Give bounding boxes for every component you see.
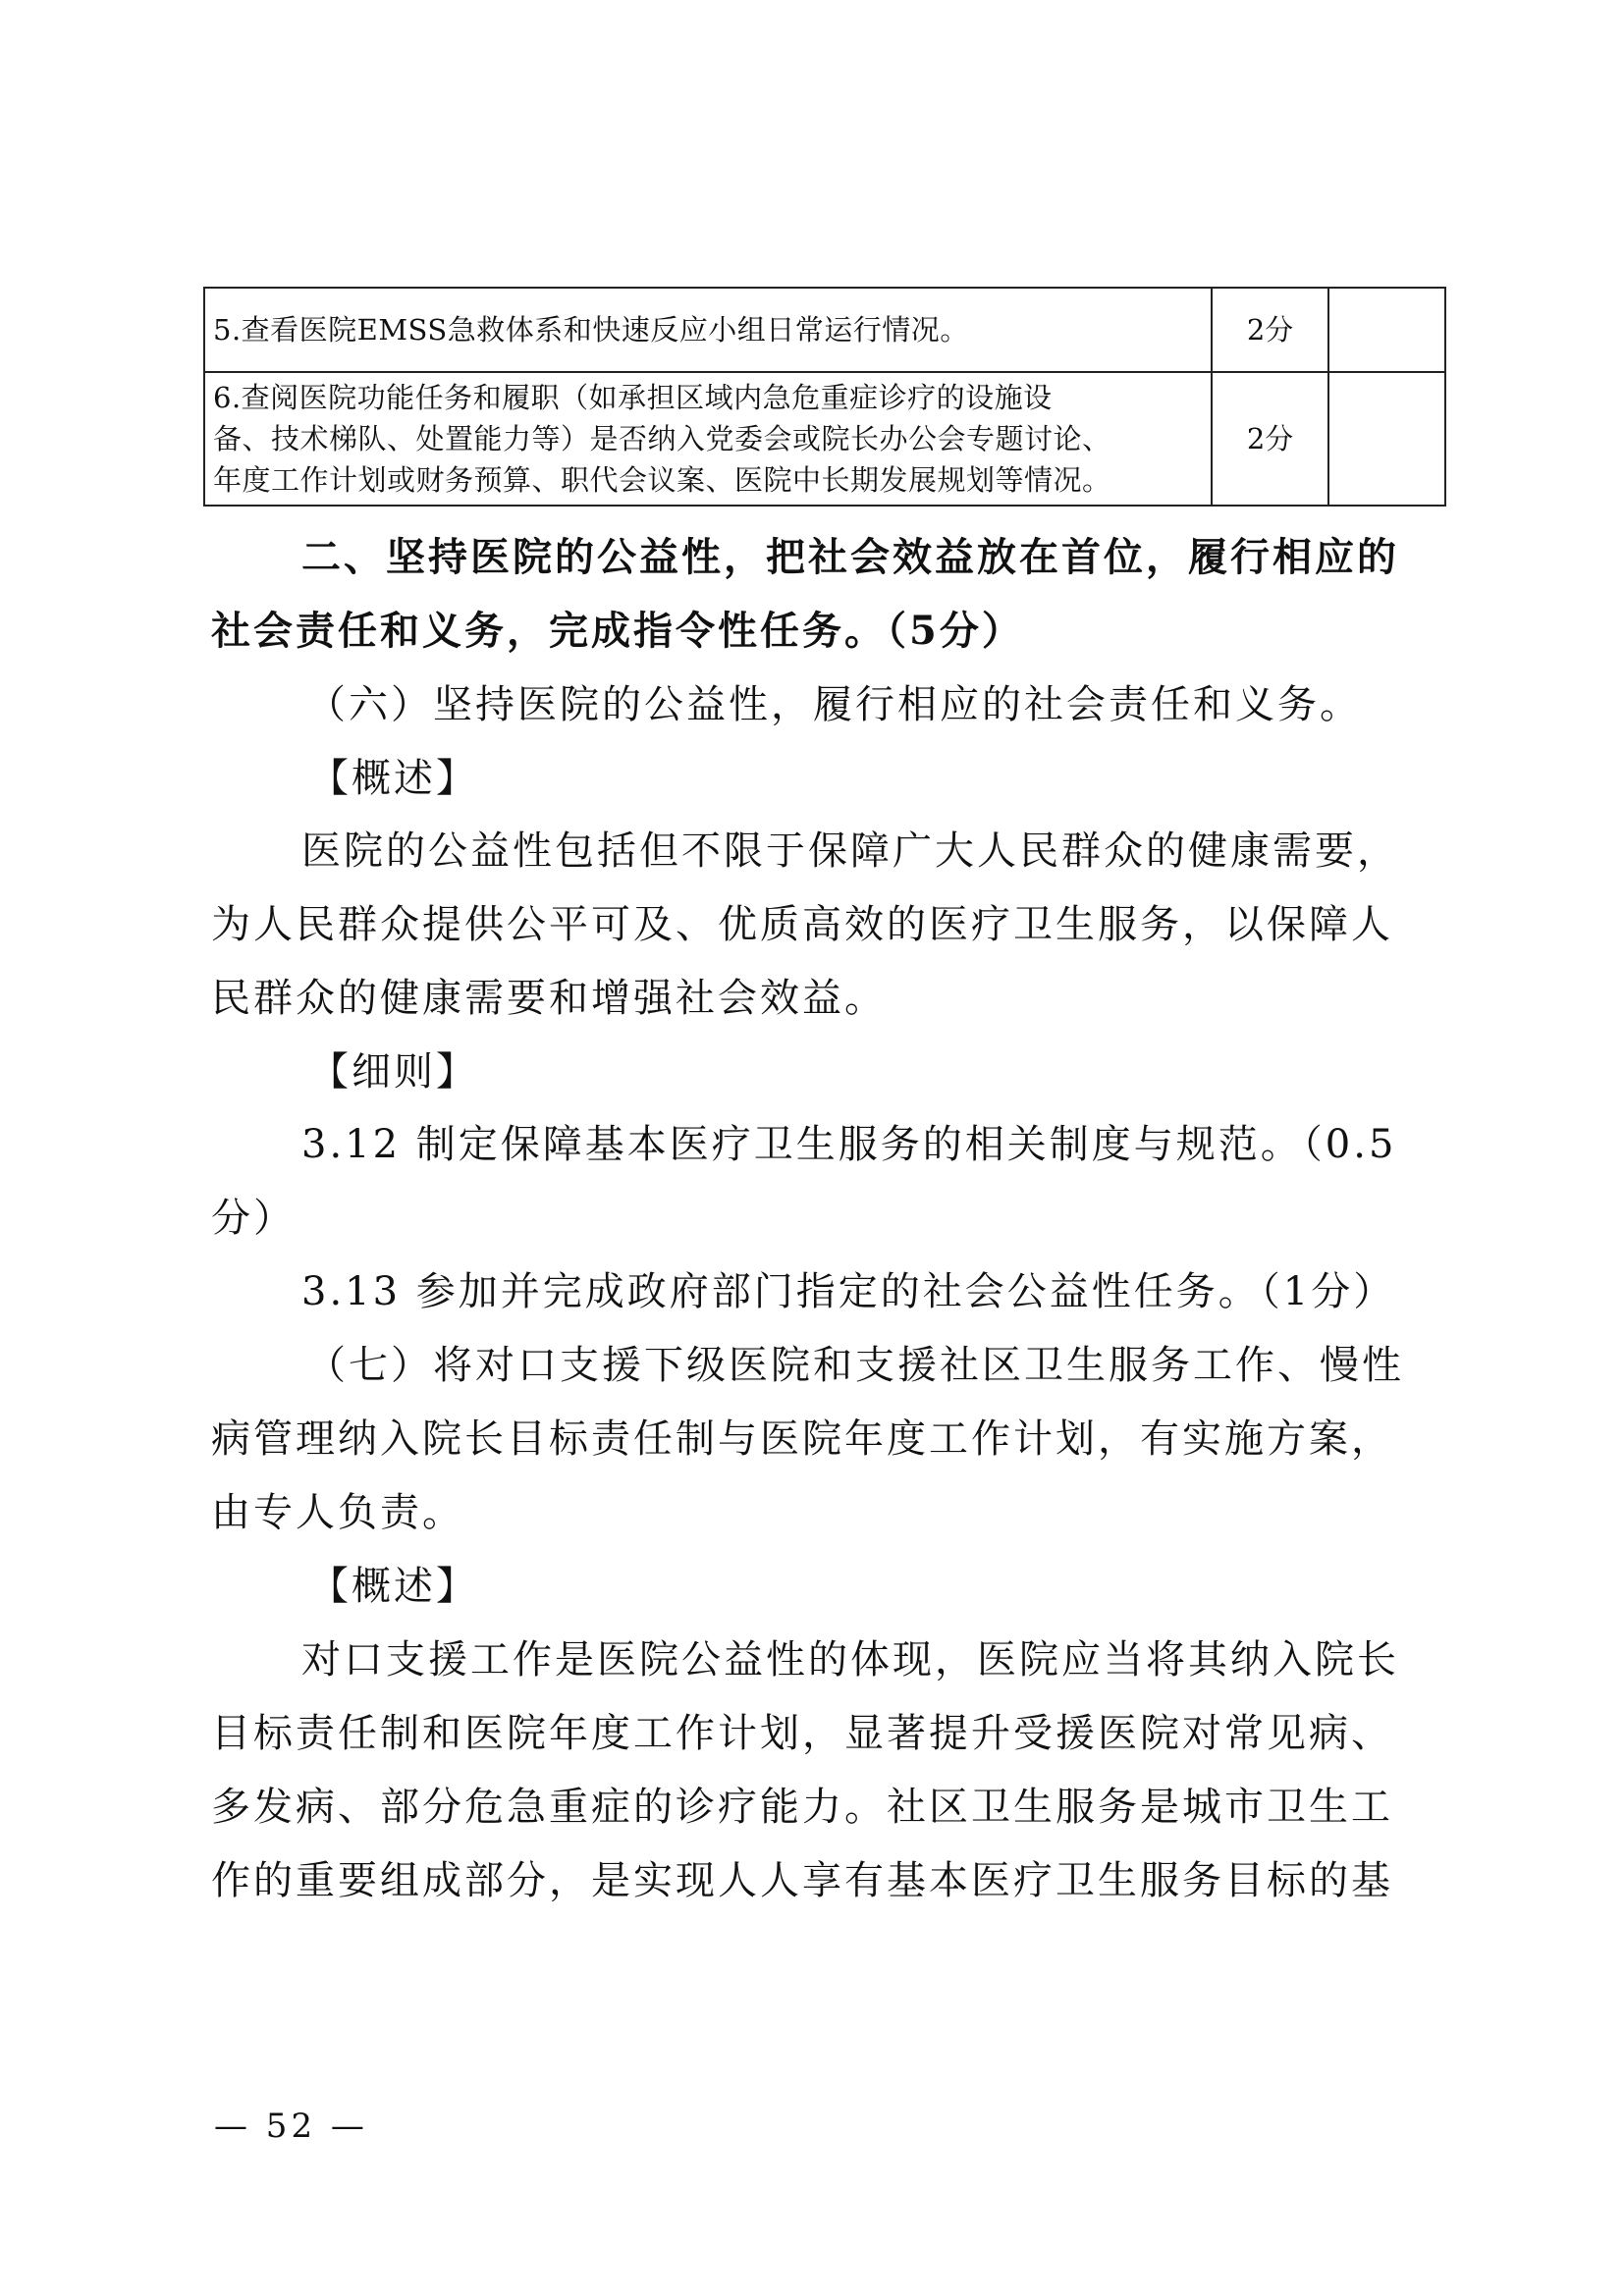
paragraph-line: 民群众的健康需要和增强社会效益。	[211, 975, 887, 1022]
rule-item: 3.12 制定保障基本医疗卫生服务的相关制度与规范。（0.5	[301, 1121, 1396, 1168]
table-cell-score: 2分	[1212, 288, 1328, 372]
table-cell-score: 2分	[1212, 372, 1328, 506]
table-cell-line: 备、技术梯队、处置能力等）是否纳入党委会或院长办公会专题讨论、	[213, 418, 1203, 459]
rule-item: 分）	[211, 1195, 296, 1242]
subsection-heading-line: 由专人负责。	[211, 1489, 464, 1536]
table-row: 6.查阅医院功能任务和履职（如承担区域内急危重症诊疗的设施设 备、技术梯队、处置…	[204, 372, 1445, 506]
section-heading-line: 社会责任和义务，完成指令性任务。（5分）	[211, 608, 1024, 655]
table-cell-remark	[1328, 288, 1445, 372]
overview-label: 【概述】	[309, 1563, 478, 1610]
paragraph-line: 目标责任制和医院年度工作计划，显著提升受援医院对常见病、	[211, 1710, 1393, 1757]
section-heading-line: 二、坚持医院的公益性，把社会效益放在首位，履行相应的	[301, 534, 1399, 581]
paragraph-line: 多发病、部分危急重症的诊疗能力。社区卫生服务是城市卫生工	[211, 1784, 1393, 1831]
table-cell-line: 6.查阅医院功能任务和履职（如承担区域内急危重症诊疗的设施设	[213, 377, 1203, 418]
document-page: 5.查看医院EMSS急救体系和快速反应小组日常运行情况。 2分 6.查阅医院功能…	[0, 0, 1624, 2296]
table-cell-description: 5.查看医院EMSS急救体系和快速反应小组日常运行情况。	[204, 288, 1212, 372]
paragraph-line: 为人民群众提供公平可及、优质高效的医疗卫生服务，以保障人	[211, 901, 1393, 948]
paragraph-line: 医院的公益性包括但不限于保障广大人民群众的健康需要，	[301, 828, 1399, 875]
table-row: 5.查看医院EMSS急救体系和快速反应小组日常运行情况。 2分	[204, 288, 1445, 372]
score-table: 5.查看医院EMSS急救体系和快速反应小组日常运行情况。 2分 6.查阅医院功能…	[203, 287, 1446, 507]
paragraph-line: 作的重要组成部分，是实现人人享有基本医疗卫生服务目标的基	[211, 1857, 1393, 1904]
rules-label: 【细则】	[309, 1048, 478, 1095]
overview-label: 【概述】	[309, 755, 478, 802]
rule-item: 3.13 参加并完成政府部门指定的社会公益性任务。（1分）	[301, 1268, 1395, 1315]
subsection-heading-line: （七）将对口支援下级医院和支援社区卫生服务工作、慢性	[306, 1342, 1404, 1389]
page-number: — 52 —	[214, 2107, 368, 2146]
table-cell-remark	[1328, 372, 1445, 506]
subsection-heading: （六）坚持医院的公益性，履行相应的社会责任和义务。	[306, 681, 1362, 728]
table-cell-description: 6.查阅医院功能任务和履职（如承担区域内急危重症诊疗的设施设 备、技术梯队、处置…	[204, 372, 1212, 506]
subsection-heading-line: 病管理纳入院长目标责任制与医院年度工作计划，有实施方案，	[211, 1415, 1393, 1463]
table-cell-line: 年度工作计划或财务预算、职代会议案、医院中长期发展规划等情况。	[213, 459, 1203, 501]
paragraph-line: 对口支援工作是医院公益性的体现，医院应当将其纳入院长	[301, 1636, 1399, 1683]
